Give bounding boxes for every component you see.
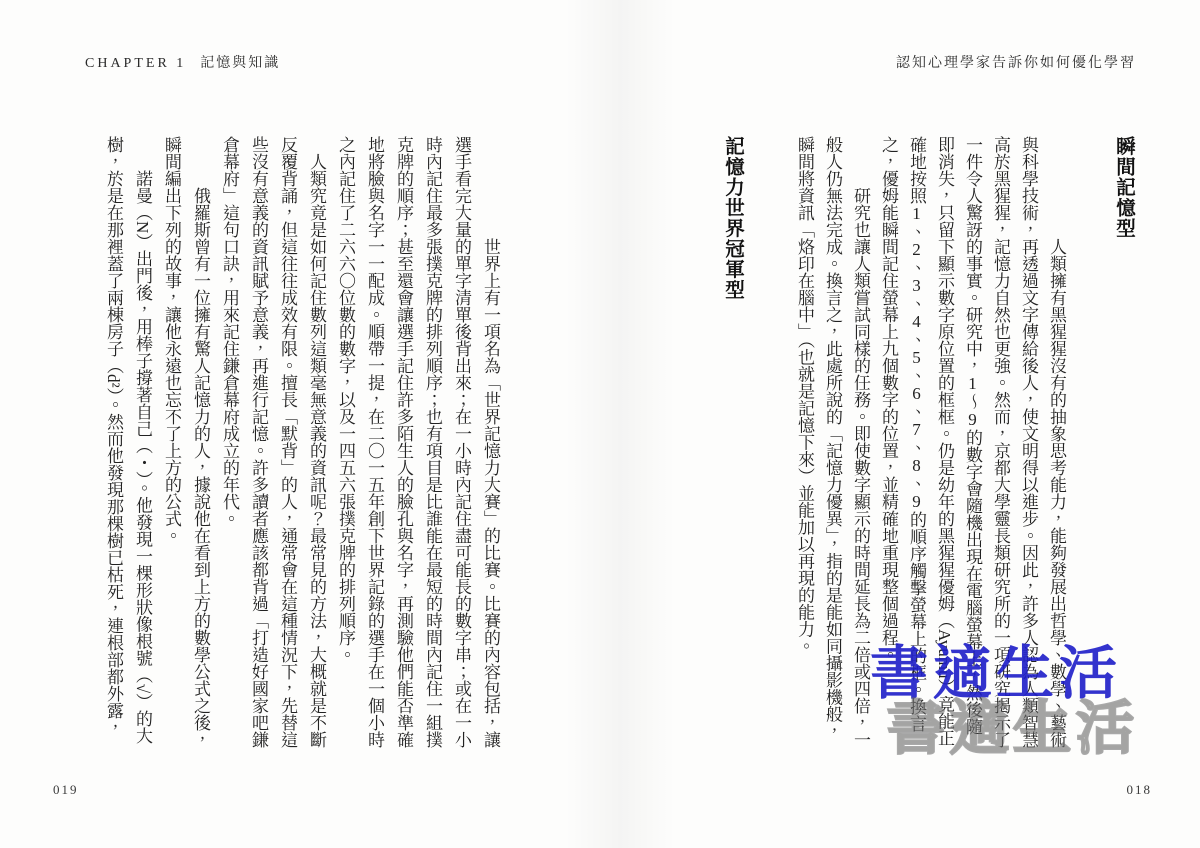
chapter-title: 記憶與知識: [200, 56, 280, 71]
running-head-left: CHAPTER 1記憶與知識: [85, 52, 280, 72]
paragraph: 研究也讓人類嘗試同樣的任務。即使數字顯示的時間延長為二倍或四倍，一般人仍無法完成…: [790, 136, 874, 748]
book-spread: CHAPTER 1記憶與知識 認知心理學家告訴你如何優化學習 瞬間記憶型 人類擁…: [0, 0, 1200, 848]
section-heading-memory-champion: 記憶力世界冠軍型: [719, 136, 745, 748]
paragraph: 諾曼（N）出門後，用棒子撐著自己（・）。他發現一棵形狀像根號（√）的大樹，於是在…: [99, 136, 157, 748]
book-title: 認知心理學家告訴你如何優化學習: [896, 56, 1136, 71]
chapter-label: CHAPTER 1: [85, 56, 186, 71]
page-number-left: 019: [53, 782, 79, 798]
paragraph: 人類究竟是如何記住數列這類毫無意義的資訊呢？最常見的方法，大概就是不斷反覆背誦，…: [215, 136, 331, 748]
page-gutter-shadow: [565, 0, 675, 848]
section-heading-instant-memory: 瞬間記憶型: [1110, 136, 1136, 748]
page-right: 瞬間記憶型 人類擁有黑猩猩沒有的抽象思考能力，能夠發展出哲學、數學、藝術與科學技…: [719, 136, 1136, 748]
paragraph: 世界上有一項名為「世界記憶力大賽」的比賽。比賽的內容包括，讓選手看完大量的單字清…: [331, 136, 505, 748]
paragraph: 人類擁有黑猩猩沒有的抽象思考能力，能夠發展出哲學、數學、藝術與科學技術，再透過文…: [874, 136, 1070, 748]
page-left: 世界上有一項名為「世界記憶力大賽」的比賽。比賽的內容包括，讓選手看完大量的單字清…: [99, 136, 505, 748]
page-number-right: 018: [1127, 782, 1153, 798]
paragraph: 俄羅斯曾有一位擁有驚人記憶力的人，據說他在看到上方的數學公式之後，瞬間編出下列的…: [157, 136, 215, 748]
running-head-right: 認知心理學家告訴你如何優化學習: [896, 52, 1136, 72]
